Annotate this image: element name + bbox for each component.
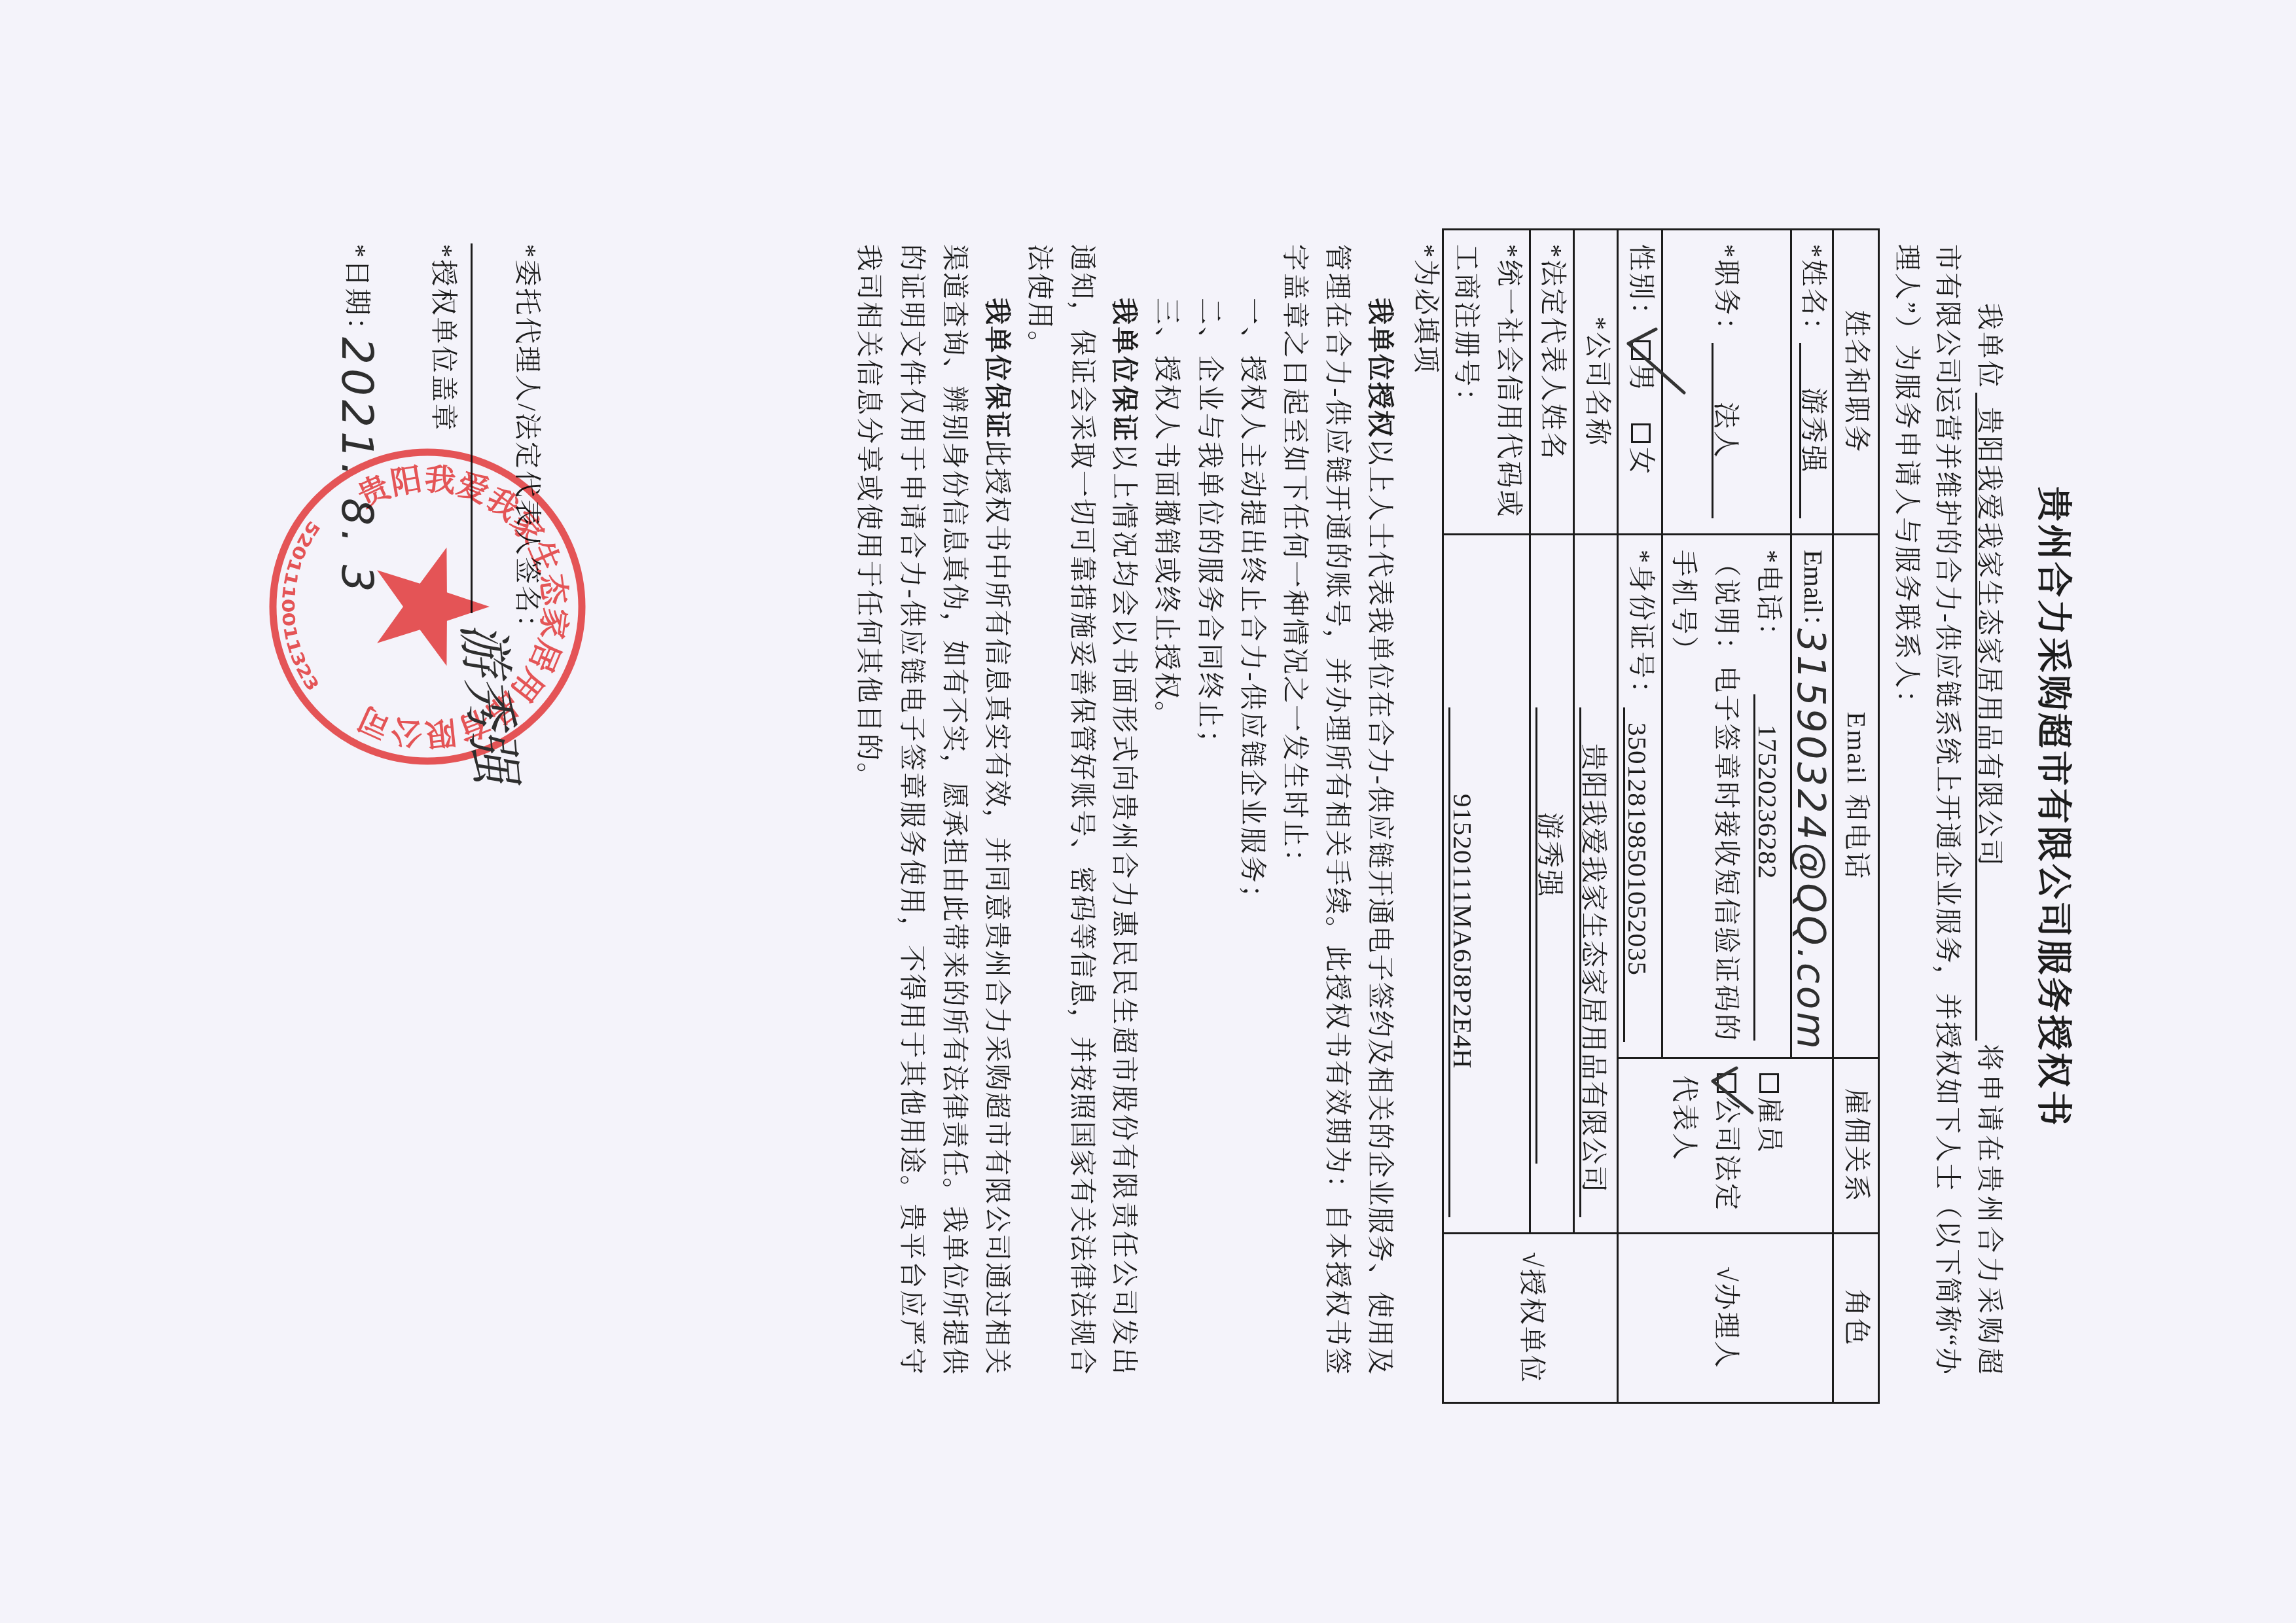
gender-options: 男 女 — [1620, 340, 1662, 474]
date-label: *日期： — [336, 244, 378, 346]
phone-note-line1: （说明：电子签章时接收短信验证码的 — [1705, 550, 1748, 1041]
employment-option-legal-rep-label-line2: 代表人 — [1663, 1075, 1706, 1162]
authorization-line2: 管理在合力-供应链开通的账号，并办理所有相关手续。此授权书有效期为：自本授权书签 — [1316, 244, 1359, 1374]
email-handwritten-value: 31590324@QQ.com — [1787, 628, 1835, 1052]
legal-rep-value-cell: 游秀强 — [1529, 533, 1575, 1234]
phone-label: *电话： — [1748, 550, 1790, 652]
role-unit: √授权单位 — [1511, 1234, 1553, 1402]
credit-code-label-line2: 工商注册号： — [1445, 244, 1488, 417]
authorization-lead: 我单位授权 — [1365, 298, 1395, 438]
company-seal-stamp: 贵阳我爱我家生态家居用品有限公司 5201110011323 — [264, 443, 591, 770]
header-employment: 雇佣关系 — [1832, 1057, 1880, 1234]
intro-line3: 理人”）为服务申请人与服务联系人： — [1886, 244, 1928, 719]
credit-code-value: 91520111MA6J8P2E4H — [1448, 707, 1484, 1217]
intro-applicant-company: 贵阳我爱我家生态家居用品有限公司 — [1975, 393, 2011, 1041]
guarantee-notice-line3: 法使用。 — [1018, 244, 1061, 359]
company-name-label-cell: *公司名称 — [1573, 228, 1619, 535]
authorization-line3: 字盖章之日起至如下任何一种情况之一发生时止： — [1274, 244, 1316, 878]
phone-note-line2: 手机号） — [1662, 550, 1705, 665]
position-value: 法人 — [1712, 343, 1747, 518]
intro-line2: 市有限公司运营并维护的合力-供应链系统上开通企业服务，并授权如下人士（以下简称“… — [1926, 244, 1969, 1374]
checkbox-male — [1631, 340, 1651, 360]
condition-item: 一、授权人主动提出终止合力-供应链企业服务； — [1231, 298, 1274, 914]
guarantee-info-lead: 我单位保证 — [982, 298, 1013, 440]
id-number-value: 350128198501052035 — [1623, 707, 1659, 1042]
authorization-line1-text: 以上人士代表我单位在合力-供应链开通电子签约及相关的企业服务、使用及 — [1365, 438, 1395, 1374]
guarantee-info-line1-text: 此授权书中所有信息真实有效，并同意贵州合力采购超市有限公司通过相关 — [982, 440, 1013, 1374]
legal-rep-label: *法定代表人姓名 — [1532, 244, 1574, 461]
required-note: *为必填项 — [1405, 244, 1447, 375]
company-name-label: *公司名称 — [1576, 230, 1619, 533]
guarantee-info-line3: 的证明文件仅用于申请合力-供应链电子签章服务使用，不得用于其他用途。贵平台应严守 — [891, 244, 933, 1374]
document-title: 贵州合力采购超市有限公司服务授权书 — [2032, 486, 2075, 1126]
credit-code-label-cell: *统一社会信用代码或 工商注册号： — [1442, 228, 1531, 535]
condition-item: 二、企业与我单位的服务合同终止； — [1189, 298, 1231, 758]
checkbox-legal-rep — [1717, 1073, 1736, 1093]
header-role: 角色 — [1832, 1232, 1880, 1404]
checkbox-employee — [1759, 1073, 1779, 1093]
handwritten-signature: 游秀强 — [454, 620, 522, 785]
guarantee-info-line1: 我单位保证此授权书中所有信息真实有效，并同意贵州合力采购超市有限公司通过相关 — [976, 298, 1018, 1374]
credit-code-label-line1: *统一社会信用代码或 — [1488, 244, 1530, 519]
role-unit-cell: √授权单位 — [1442, 1232, 1619, 1404]
gender-option-female: 女 — [1626, 423, 1657, 474]
employment-option-employee: 雇员 — [1748, 1073, 1791, 1154]
guarantee-notice-lead: 我单位保证 — [1109, 298, 1139, 444]
company-name-value: 贵阳我爱我家生态家居用品有限公司 — [1579, 707, 1615, 1217]
position-label: *职务： — [1705, 244, 1748, 346]
gender-option-female-label: 女 — [1626, 447, 1657, 474]
guarantee-notice-line2: 通知，保证会采取一切可靠措施妥善保管好账号、密码等信息，并按照国家有关法律法规合 — [1061, 244, 1103, 1374]
gender-option-male-label: 男 — [1626, 364, 1657, 391]
role-agent-cell: √办理人 — [1617, 1232, 1834, 1404]
role-agent: √办理人 — [1705, 1234, 1748, 1402]
condition-item: 三、授权人书面撤销或终止授权。 — [1145, 298, 1188, 730]
header-employment-label: 雇佣关系 — [1835, 1059, 1878, 1232]
gender-cell: 性别： 男 女 — [1617, 228, 1663, 535]
header-name-position: 姓名和职务 — [1832, 228, 1880, 535]
intro-line1-suffix: 将申请在贵州合力采购超 — [1968, 1044, 2011, 1374]
checkbox-female — [1631, 423, 1651, 443]
phone-cell: *电话： 17520236282 （说明：电子签章时接收短信验证码的 手机号） — [1661, 533, 1792, 1059]
header-email-phone: Email 和电话 — [1832, 533, 1880, 1059]
employment-option-legal-rep-label-line1: 公司法定 — [1712, 1097, 1742, 1212]
email-label: Email： — [1792, 550, 1835, 641]
name-cell: *姓名： 游秀强 — [1790, 228, 1834, 535]
guarantee-info-line4: 我司相关信息分享或使用于任何其他目的。 — [848, 244, 890, 791]
position-cell: *职务： 法人 — [1661, 228, 1792, 535]
header-email-phone-label: Email 和电话 — [1835, 535, 1878, 1057]
guarantee-info-line2: 渠道查询、辨别身份信息真伪，如有不实，愿承担由此带来的所有法律责任。我单位所提供 — [933, 244, 976, 1374]
id-number-label: *身份证号： — [1620, 550, 1662, 709]
guarantee-notice-line1-text: 以上情况均会以书面形式向贵州合力惠民民生超市股份有限责任公司发出 — [1109, 444, 1139, 1374]
credit-code-value-cell: 91520111MA6J8P2E4H — [1442, 533, 1531, 1234]
name-value: 游秀强 — [1799, 343, 1835, 518]
phone-value: 17520236282 — [1753, 694, 1789, 1041]
company-name-value-cell: 贵阳我爱我家生态家居用品有限公司 — [1573, 533, 1619, 1234]
header-name-position-label: 姓名和职务 — [1835, 230, 1878, 533]
authorization-line1: 我单位授权以上人士代表我单位在合力-供应链开通电子签约及相关的企业服务、使用及 — [1359, 298, 1401, 1374]
authorization-letter-page: 贵州合力采购超市有限公司服务授权书 我单位 贵阳我爱我家生态家居用品有限公司 将… — [0, 0, 2296, 1623]
employment-option-employee-label: 雇员 — [1755, 1097, 1785, 1154]
legal-rep-label-cell: *法定代表人姓名 — [1529, 228, 1575, 535]
employment-option-legal-rep: 公司法定 — [1706, 1073, 1748, 1212]
gender-label: 性别： — [1620, 244, 1662, 330]
gender-option-male: 男 — [1626, 340, 1657, 391]
legal-rep-value: 游秀强 — [1535, 707, 1571, 1164]
guarantee-notice-line1: 我单位保证以上情况均会以书面形式向贵州合力惠民民生超市股份有限责任公司发出 — [1103, 298, 1145, 1374]
header-role-label: 角色 — [1835, 1234, 1878, 1402]
intro-prefix: 我单位 — [1968, 303, 2011, 389]
id-number-cell: *身份证号： 350128198501052035 — [1617, 533, 1663, 1059]
name-label: *姓名： — [1792, 244, 1835, 346]
email-cell: Email： 31590324@QQ.com — [1790, 533, 1834, 1059]
employment-cell: 雇员 公司法定 代表人 — [1617, 1057, 1834, 1234]
seal-label: *授权单位盖章 — [422, 244, 465, 433]
